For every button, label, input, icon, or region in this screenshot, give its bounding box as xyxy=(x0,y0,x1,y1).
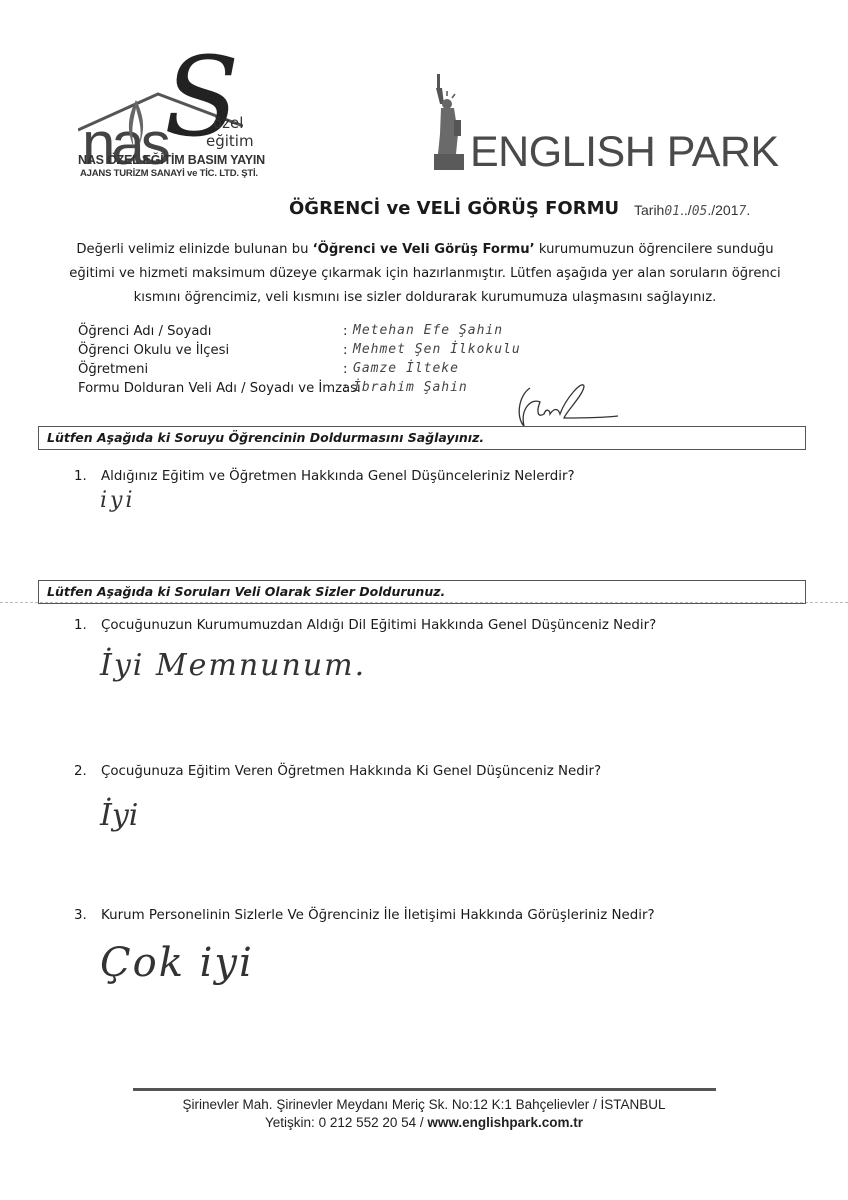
parent-answer-3[interactable]: Çok iyi xyxy=(100,940,254,986)
question-text: Çocuğunuza Eğitim Veren Öğretmen Hakkınd… xyxy=(101,764,601,779)
parent-section-heading: Lütfen Aşağıda ki Soruları Veli Olarak S… xyxy=(47,584,445,599)
form-title: ÖĞRENCİ ve VELİ GÖRÜŞ FORMU xyxy=(289,198,619,219)
intro-form-name: ‘Öğrenci ve Veli Görüş Formu’ xyxy=(313,242,535,257)
field-colon: : xyxy=(343,362,347,377)
parent-section-header: Lütfen Aşağıda ki Soruları Veli Olarak S… xyxy=(38,580,806,604)
nas-logo-ozel: özel xyxy=(213,114,243,132)
question-number: 2. xyxy=(74,764,87,779)
date-year-prefix: 201 xyxy=(715,202,738,218)
footer-contact: Yetişkin: 0 212 552 20 54 / www.englishp… xyxy=(0,1115,848,1130)
nas-company-name: NAS ÖZEL EĞİTİM BASIM YAYIN xyxy=(78,153,265,167)
student-answer-1[interactable]: iyi xyxy=(100,488,136,513)
question-number: 3. xyxy=(74,908,87,923)
date-label: Tarih xyxy=(634,202,664,218)
parent-answer-1[interactable]: İyi Memnunum. xyxy=(100,648,366,683)
field-value-handwritten[interactable]: Metehan Efe Şahin xyxy=(353,323,503,338)
date-month: 05 xyxy=(692,204,708,219)
date-year-suffix: 7 xyxy=(738,204,746,219)
nas-logo-egitim: eğitim xyxy=(206,132,254,150)
question-text: Çocuğunuzun Kurumumuzdan Aldığı Dil Eğit… xyxy=(101,618,656,633)
form-date: Tarih01../05./2017. xyxy=(634,202,750,219)
question-number: 1. xyxy=(74,618,87,633)
field-label: Öğretmeni xyxy=(78,362,148,377)
nas-logo: nas S özel eğitim NAS ÖZEL EĞİTİM BASIM … xyxy=(78,40,278,190)
flame-icon xyxy=(124,100,148,148)
intro-paragraph: Değerli velimiz elinizde bulunan bu ‘Öğr… xyxy=(60,238,790,310)
field-value-handwritten[interactable]: İbrahim Şahin xyxy=(353,380,468,395)
english-park-logo: ENGLISH PARK xyxy=(432,74,772,174)
field-label: Öğrenci Adı / Soyadı xyxy=(78,324,211,339)
question-text: Aldığınız Eğitim ve Öğretmen Hakkında Ge… xyxy=(101,469,575,484)
field-value-handwritten[interactable]: Gamze İlteke xyxy=(353,361,459,376)
english-park-wordmark: ENGLISH PARK xyxy=(470,131,779,174)
parent-answer-2[interactable]: İyi xyxy=(100,798,138,833)
footer-divider xyxy=(133,1088,716,1091)
date-day: 01 xyxy=(664,204,680,219)
field-colon: : xyxy=(343,324,347,339)
statue-of-liberty-icon xyxy=(432,74,466,170)
question-text: Kurum Personelinin Sizlerle Ve Öğrencini… xyxy=(101,908,655,923)
intro-text-start: Değerli velimiz elinizde bulunan bu xyxy=(76,242,312,257)
nas-company-subtitle: AJANS TURİZM SANAYİ ve TİC. LTD. ŞTİ. xyxy=(80,168,258,179)
student-section-heading: Lütfen Aşağıda ki Soruyu Öğrencinin Dold… xyxy=(47,430,484,445)
field-colon: : xyxy=(343,343,347,358)
footer-phone: Yetişkin: 0 212 552 20 54 / xyxy=(265,1115,427,1130)
field-colon: : xyxy=(343,381,347,396)
footer-address: Şirinevler Mah. Şirinevler Meydanı Meriç… xyxy=(0,1097,848,1112)
field-value-handwritten[interactable]: Mehmet Şen İlkokulu xyxy=(353,342,521,357)
field-label: Öğrenci Okulu ve İlçesi xyxy=(78,343,229,358)
field-label: Formu Dolduran Veli Adı / Soyadı ve İmza… xyxy=(78,381,361,396)
footer-website-link[interactable]: www.englishpark.com.tr xyxy=(427,1115,583,1130)
student-section-header: Lütfen Aşağıda ki Soruyu Öğrencinin Dold… xyxy=(38,426,806,450)
question-number: 1. xyxy=(74,469,87,484)
